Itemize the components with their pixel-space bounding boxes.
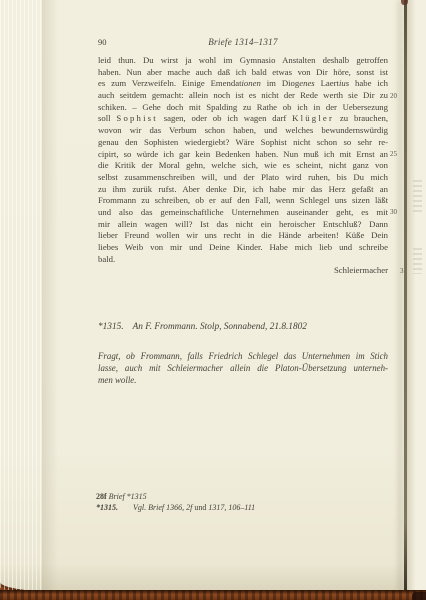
text-line: selbst zusammenschreiben will, und der P…	[98, 172, 388, 184]
text-segment: Laert	[315, 78, 339, 88]
book-page: 90 Briefe 1314–1317 leid thun. Du wirst …	[0, 0, 426, 593]
text-line: Fragt, ob Frommann, falls Friedrich Schl…	[98, 350, 388, 362]
text-segment: Schleiermacher	[334, 265, 388, 275]
text-segment: ionen	[242, 78, 261, 88]
text-segment: die Kritik der Moral gehn, welche sich, …	[98, 160, 388, 170]
text-line: haben. Nun aber mache auch daß ich bald …	[98, 67, 388, 79]
text-segment: und also das gemeinschaftliche Unternehm…	[98, 207, 388, 217]
text-line: leid thun. Du wirst ja wohl im Gymnasio …	[98, 55, 388, 67]
text-segment: es zum Verzweifeln. Einige Emendat	[98, 78, 242, 88]
text-segment: men wolle.	[98, 375, 136, 385]
text-segment: selbst zusammenschreiben will, und der P…	[98, 172, 388, 182]
text-segment: zu ihm zurük rufst. Aber denke Dir, ich …	[98, 184, 388, 194]
text-segment: 28f	[96, 492, 107, 501]
text-line: die Kritik der Moral gehn, welche sich, …	[98, 160, 388, 172]
text-segment: liebes Weib von mir und Deine Kinder. Ha…	[98, 242, 388, 252]
text-segment: 1317, 106–111	[208, 503, 255, 512]
text-segment: zu brauchen,	[334, 113, 388, 123]
text-segment: leid thun. Du wirst ja wohl im Gymnasio …	[98, 55, 388, 65]
text-segment: bald.	[98, 254, 115, 264]
book-cover-strip	[0, 590, 426, 600]
text-segment: haben. Nun aber mache auch daß ich bald …	[98, 67, 388, 77]
apparatus-footnotes: 28f Brief *1315*1315.Vgl. Brief 1366, 2f…	[96, 491, 388, 514]
page-fold-shadow	[42, 0, 58, 593]
text-segment: Fragt, ob Frommann, falls Friedrich Schl…	[98, 351, 388, 361]
text-segment: cipirt, so würde ich gar kein Bedenken h…	[98, 149, 388, 159]
letter-body: leid thun. Du wirst ja wohl im Gymnasio …	[98, 55, 388, 277]
text-segment: mir allein wagen will? Ist das nicht ein…	[98, 219, 388, 229]
text-line: es zum Verzweifeln. Einige Emendationen …	[98, 78, 388, 90]
book-photo: { "theme": { "page_bg": "#f1eedd", "faci…	[0, 0, 426, 600]
page-header: 90 Briefe 1314–1317	[98, 36, 388, 48]
text-segment: lasse, auch mit Schleiermacher allein di…	[98, 363, 388, 373]
ghost-text-smudge	[413, 248, 422, 274]
text-segment: Frommann zu schreiben, ob er auf den Fal…	[98, 195, 388, 205]
page-edge-stack	[0, 0, 42, 593]
text-segment: Klügler	[292, 113, 334, 123]
letter-number: *1315.	[98, 322, 124, 332]
text-segment: *1315.	[96, 502, 133, 513]
facing-page-sliver	[407, 0, 426, 593]
text-segment: Brief *1315	[109, 492, 147, 501]
text-segment: genau den Sophisten wiedergiebt? Wäre So…	[98, 137, 388, 147]
letter-summary: Fragt, ob Frommann, falls Friedrich Schl…	[98, 350, 388, 387]
text-line: zu ihm zurük rufst. Aber denke Dir, ich …	[98, 184, 388, 196]
text-line: Frommann zu schreiben, ob er auf den Fal…	[98, 195, 388, 207]
text-segment: und	[192, 503, 208, 512]
text-line: lasse, auch mit Schleiermacher allein di…	[98, 362, 388, 374]
ghost-text-smudge	[413, 180, 422, 214]
text-segment: soll	[98, 113, 116, 123]
text-line: mir allein wagen will? Ist das nicht ein…	[98, 219, 388, 231]
text-line: und also das gemeinschaftliche Unternehm…	[98, 207, 388, 219]
text-segment: im Diog	[261, 78, 299, 88]
text-line: 28f Brief *1315	[96, 491, 388, 502]
text-line: soll Sophist sagen, oder ob ich wagen da…	[98, 113, 388, 125]
text-segment: Vgl. Brief 1366, 2f	[133, 503, 192, 512]
text-line: *1315.Vgl. Brief 1366, 2f und 1317, 106–…	[96, 502, 388, 513]
text-segment: lieber Freund wollen wir uns recht in di…	[98, 230, 388, 240]
letter-heading: *1315.An F. Frommann. Stolp, Sonnabend, …	[98, 321, 388, 333]
text-line: wovon wir das Verbum schon haben, und we…	[98, 125, 388, 137]
text-segment: enes	[299, 78, 314, 88]
letter-title: An F. Frommann. Stolp, Sonnabend, 21.8.1…	[133, 322, 307, 332]
running-head: Briefe 1314–1317	[98, 36, 388, 48]
text-segment: auch seitdem gemacht: allein noch ist es…	[98, 90, 388, 100]
text-segment: Sophist	[116, 113, 157, 123]
text-segment: habe ich	[349, 78, 388, 88]
cover-corner-mark	[401, 0, 408, 5]
text-line: auch seitdem gemacht: allein noch ist es…	[98, 90, 388, 102]
text-segment: ius	[339, 78, 349, 88]
text-segment: sagen, oder ob ich wagen darf	[158, 113, 292, 123]
cover-corner-shadow	[412, 592, 426, 600]
text-line: cipirt, so würde ich gar kein Bedenken h…	[98, 149, 388, 161]
text-line: schiken. – Gehe doch mit Spalding zu Rat…	[98, 102, 388, 114]
text-line: liebes Weib von mir und Deine Kinder. Ha…	[98, 242, 388, 254]
text-line: genau den Sophisten wiedergiebt? Wäre So…	[98, 137, 388, 149]
text-line: men wolle.	[98, 374, 388, 386]
text-line: bald.	[98, 254, 388, 266]
text-line: lieber Freund wollen wir uns recht in di…	[98, 230, 388, 242]
text-line: Schleiermacher35	[98, 265, 388, 277]
text-segment: wovon wir das Verbum schon haben, und we…	[98, 125, 388, 135]
text-segment: schiken. – Gehe doch mit Spalding zu Rat…	[98, 102, 388, 112]
